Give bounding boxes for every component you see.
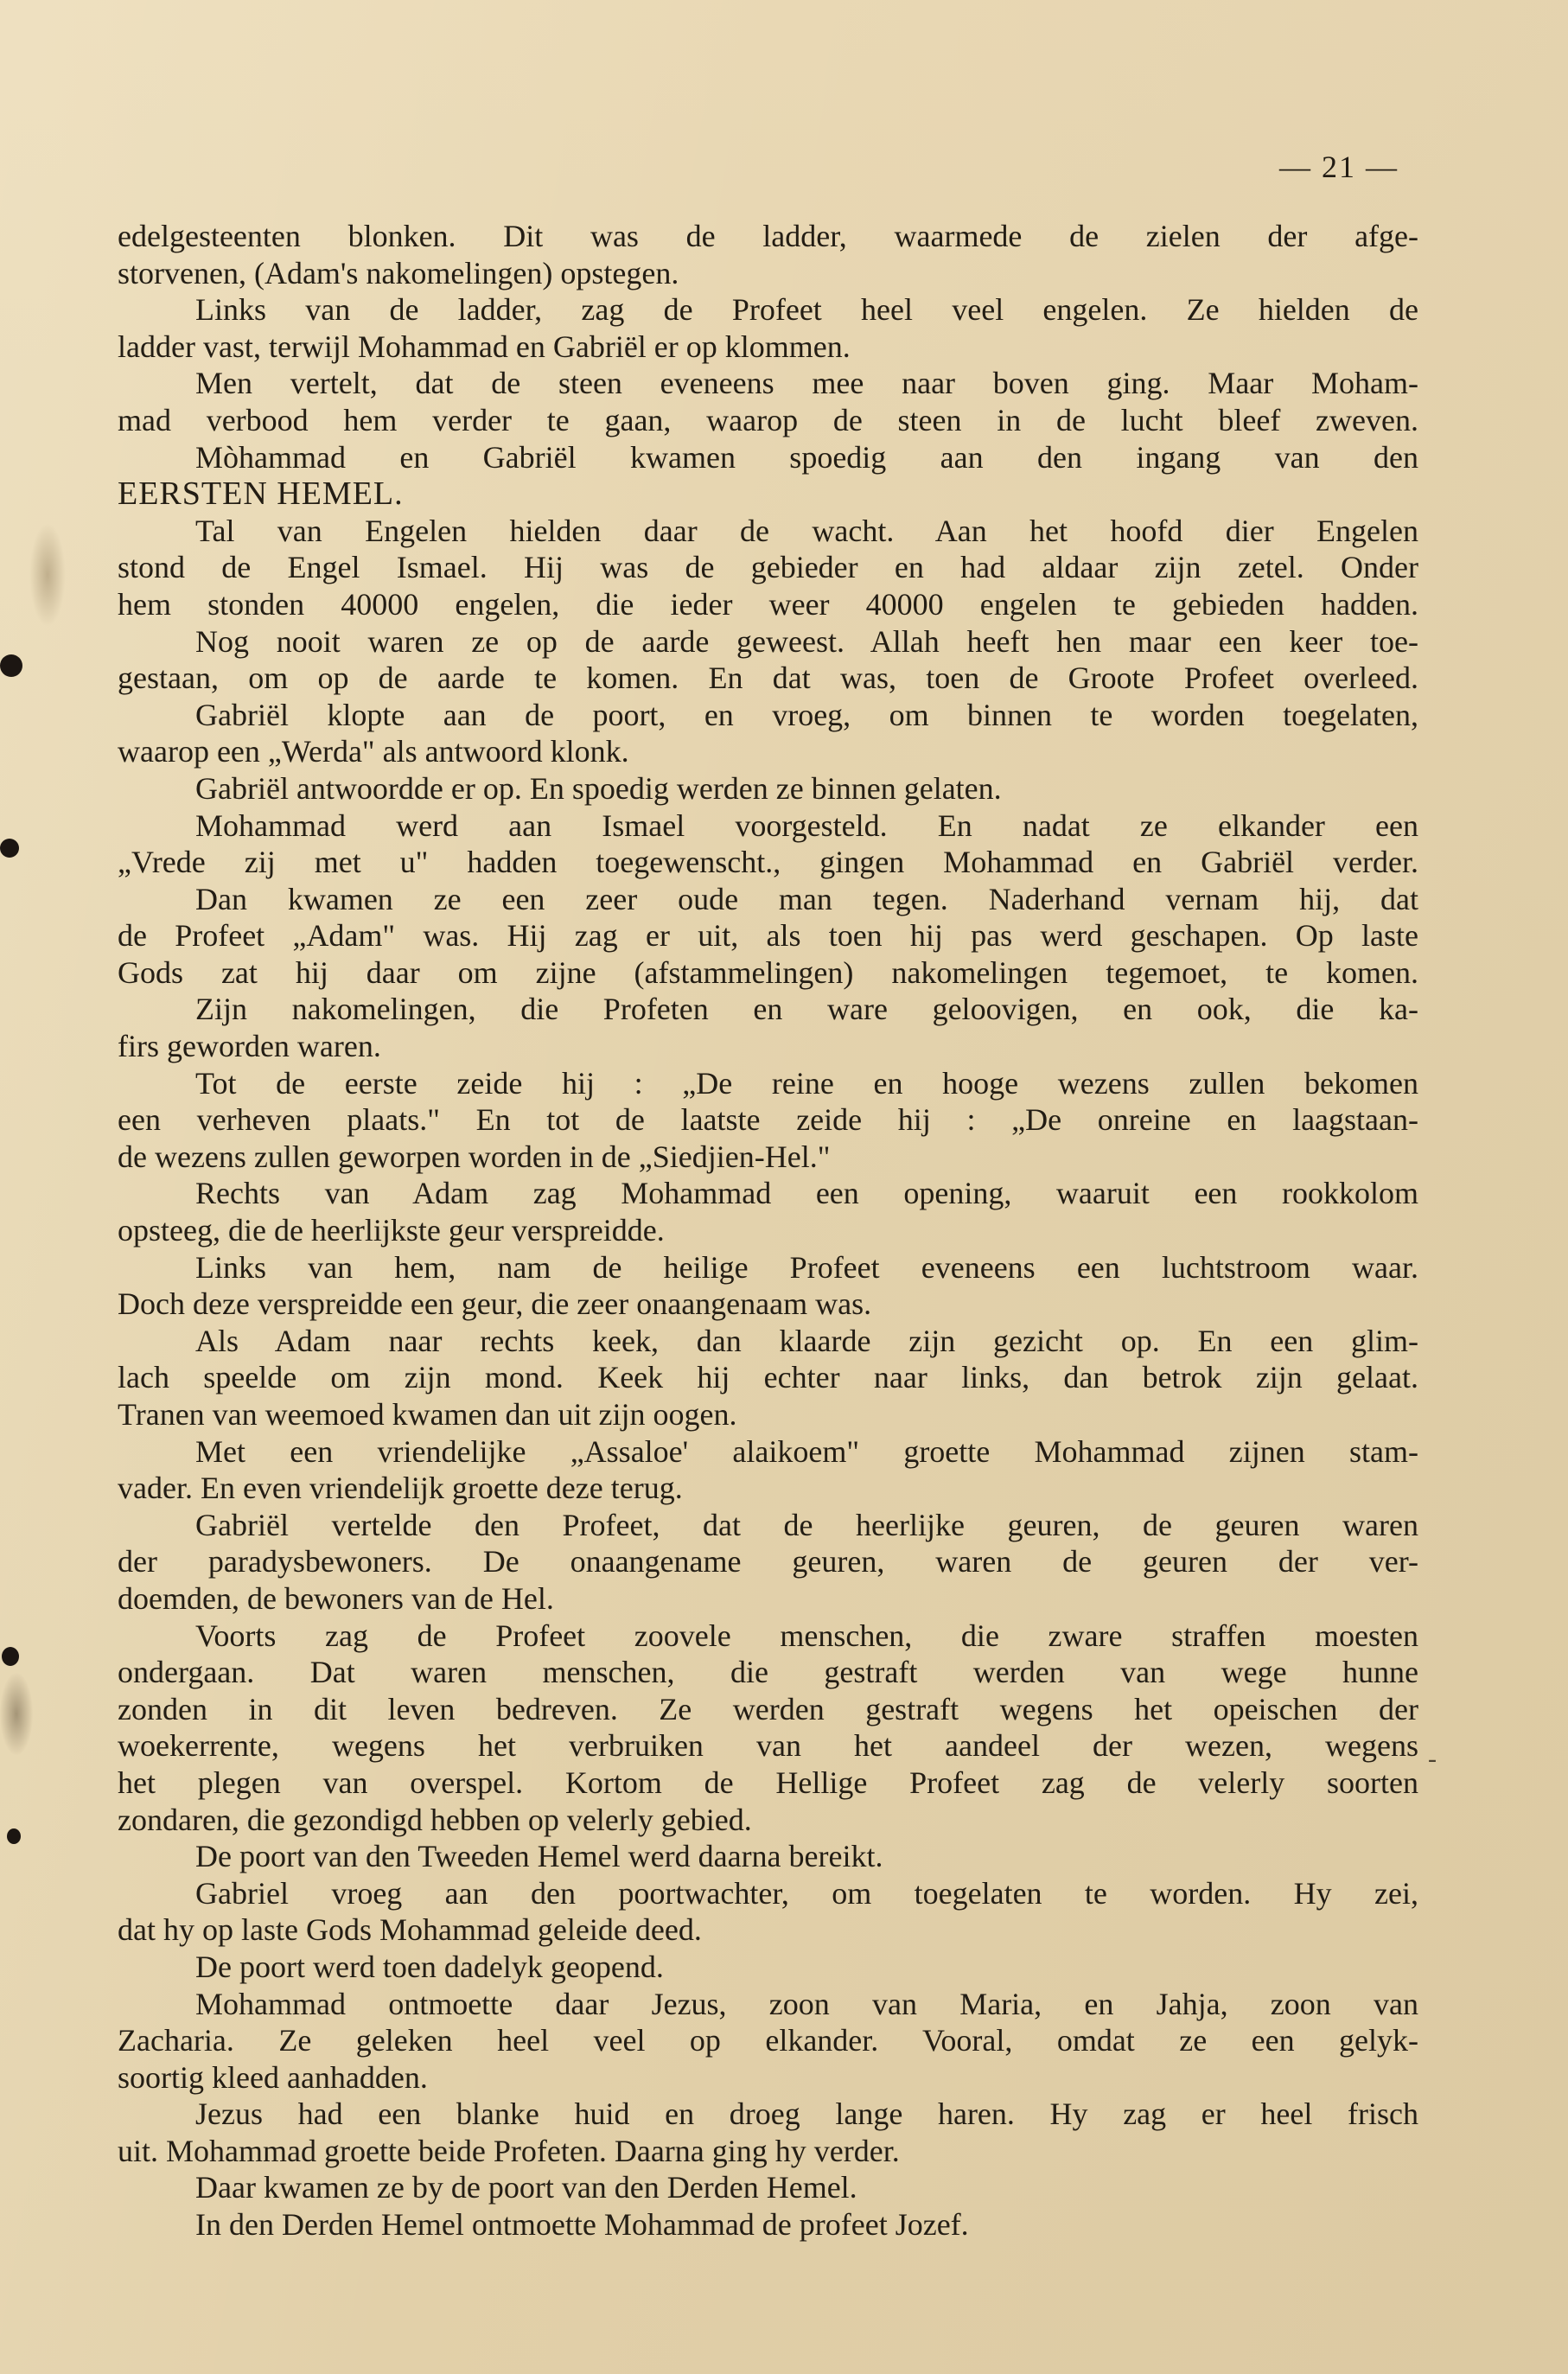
text-line: Gods zat hij daar om zijne (afstammeling… xyxy=(118,954,1418,992)
text-line: ondergaan. Dat waren menschen, die gestr… xyxy=(118,1654,1418,1691)
punch-hole xyxy=(0,839,19,858)
text-line: In den Derden Hemel ontmoette Mohammad d… xyxy=(118,2206,1418,2243)
text-line: De poort werd toen dadelyk geopend. xyxy=(118,1949,1418,1986)
text-line: de Profeet „Adam" was. Hij zag er uit, a… xyxy=(118,917,1418,954)
text-line: mad verbood hem verder te gaan, waarop d… xyxy=(118,402,1418,439)
text-line: Rechts van Adam zag Mohammad een opening… xyxy=(118,1175,1418,1212)
text-line: Gabriël antwoordde er op. En spoedig wer… xyxy=(118,770,1418,807)
text-line: storvenen, (Adam's nakomelingen) opstege… xyxy=(118,255,1418,292)
punch-hole xyxy=(2,1647,19,1666)
text-line: Daar kwamen ze by de poort van den Derde… xyxy=(118,2169,1418,2206)
text-line: Dan kwamen ze een zeer oude man tegen. N… xyxy=(118,881,1418,918)
text-line: de wezens zullen geworpen worden in de „… xyxy=(118,1139,1418,1176)
text-line: Links van hem, nam de heilige Profeet ev… xyxy=(118,1249,1418,1286)
text-line: Jezus had een blanke huid en droeg lange… xyxy=(118,2096,1418,2133)
text-line: Links van de ladder, zag de Profeet heel… xyxy=(118,291,1418,329)
paper-stain xyxy=(29,523,66,627)
text-line: hem stonden 40000 engelen, die ieder wee… xyxy=(118,586,1418,623)
text-line: lach speelde om zijn mond. Keek hij echt… xyxy=(118,1359,1418,1396)
text-line: Met een vriendelijke „Assaloe' alaikoem"… xyxy=(118,1433,1418,1471)
text-line: soortig kleed aanhadden. xyxy=(118,2059,1418,2096)
text-line: firs geworden waren. xyxy=(118,1028,1418,1065)
page-number: — 21 — xyxy=(1279,149,1399,185)
text-line: stond de Engel Ismael. Hij was de gebied… xyxy=(118,549,1418,586)
text-line: opsteeg, die de heerlijkste geur verspre… xyxy=(118,1212,1418,1249)
text-line: Als Adam naar rechts keek, dan klaarde z… xyxy=(118,1323,1418,1360)
text-line: der paradysbewoners. De onaangename geur… xyxy=(118,1543,1418,1580)
text-line: een verheven plaats." En tot de laatste … xyxy=(118,1101,1418,1139)
text-line: dat hy op laste Gods Mohammad geleide de… xyxy=(118,1911,1418,1949)
text-line: Mohammad werd aan Ismael voorgesteld. En… xyxy=(118,807,1418,845)
text-line: edelgesteenten blonken. Dit was de ladde… xyxy=(118,218,1418,255)
text-line: De poort van den Tweeden Hemel werd daar… xyxy=(118,1838,1418,1875)
text-line: Gabriël klopte aan de poort, en vroeg, o… xyxy=(118,697,1418,734)
section-heading: EERSTEN HEMEL. xyxy=(118,475,1418,513)
text-line: uit. Mohammad groette beide Profeten. Da… xyxy=(118,2133,1418,2170)
text-line: Men vertelt, dat de steen eveneens mee n… xyxy=(118,365,1418,402)
text-line: Nog nooit waren ze op de aarde geweest. … xyxy=(118,623,1418,661)
text-line: woekerrente, wegens het verbruiken van h… xyxy=(118,1727,1418,1765)
text-line: waarop een „Werda" als antwoord klonk. xyxy=(118,733,1418,770)
text-line: doemden, de bewoners van de Hel. xyxy=(118,1580,1418,1618)
text-line: gestaan, om op de aarde te komen. En dat… xyxy=(118,660,1418,697)
punch-hole xyxy=(7,1828,21,1844)
text-line: Tal van Engelen hielden daar de wacht. A… xyxy=(118,513,1418,550)
text-line: Doch deze verspreidde een geur, die zeer… xyxy=(118,1286,1418,1323)
text-line: Mòhammad en Gabriël kwamen spoedig aan d… xyxy=(118,439,1418,476)
paper-stain xyxy=(0,1673,33,1755)
text-line: Zacharia. Ze geleken heel veel op elkand… xyxy=(118,2022,1418,2059)
text-line: vader. En even vriendelijk groette deze … xyxy=(118,1470,1418,1507)
text-line: „Vrede zij met u" hadden toegewenscht., … xyxy=(118,844,1418,881)
text-line: ladder vast, terwijl Mohammad en Gabriël… xyxy=(118,329,1418,366)
margin-mark: - xyxy=(1428,1745,1437,1774)
text-line: zondaren, die gezondigd hebben op velerl… xyxy=(118,1802,1418,1839)
text-line: Tot de eerste zeide hij : „De reine en h… xyxy=(118,1065,1418,1102)
text-line: het plegen van overspel. Kortom de Helli… xyxy=(118,1765,1418,1802)
text-line: Voorts zag de Profeet zoovele menschen, … xyxy=(118,1618,1418,1655)
text-line: zonden in dit leven bedreven. Ze werden … xyxy=(118,1691,1418,1728)
text-line: Zijn nakomelingen, die Profeten en ware … xyxy=(118,991,1418,1028)
text-line: Gabriel vroeg aan den poortwachter, om t… xyxy=(118,1875,1418,1912)
text-line: Gabriël vertelde den Profeet, dat de hee… xyxy=(118,1507,1418,1544)
text-line: Mohammad ontmoette daar Jezus, zoon van … xyxy=(118,1986,1418,2023)
body-text: edelgesteenten blonken. Dit was de ladde… xyxy=(118,218,1418,2243)
punch-hole xyxy=(0,654,22,677)
text-line: Tranen van weemoed kwamen dan uit zijn o… xyxy=(118,1396,1418,1433)
